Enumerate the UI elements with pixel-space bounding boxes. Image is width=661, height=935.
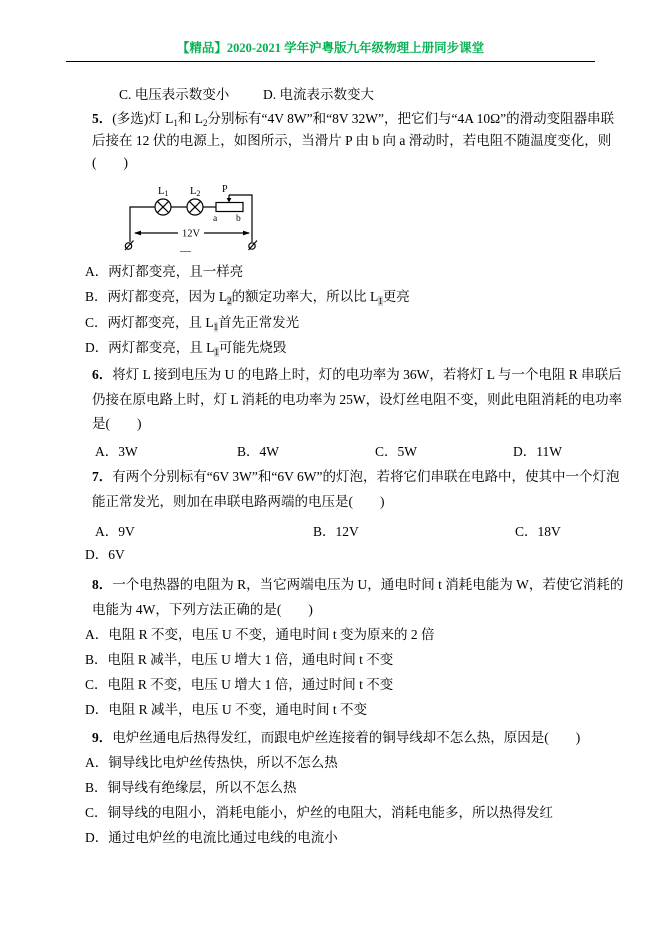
subscript: 1	[214, 347, 219, 357]
slider-p-label: P	[222, 184, 228, 195]
q6-option-b: B．4W	[237, 443, 279, 460]
subscript: 1	[214, 322, 219, 332]
q8-number: 8．	[92, 577, 112, 592]
subscript: 2	[203, 118, 208, 128]
q8-option-d: D．电阻 R 减半，电压 U 不变，通电时间 t 不变	[85, 701, 367, 718]
q6-answer-blank: 是( )	[92, 415, 142, 432]
subscript: 2	[227, 296, 232, 306]
q7-option-a: A．9V	[95, 523, 135, 540]
q8-option-b: B．电阻 R 减半，电压 U 增大 1 倍，通电时间 t 不变	[85, 651, 393, 668]
q9-option-d: D．通过电炉丝的电流比通过电线的电流小	[85, 829, 338, 846]
q9-option-a: A．铜导线比电炉丝传热快，所以不怎么热	[85, 754, 338, 771]
slider-arrow-icon	[227, 198, 232, 203]
subscript: 1	[173, 118, 178, 128]
terminal-icon-left	[125, 241, 134, 251]
q8-option-c: C．电阻 R 不变，电压 U 增大 1 倍，通过时间 t 不变	[85, 676, 393, 693]
q7-number: 7．	[92, 469, 112, 484]
q9-option-c: C．铜导线的电阻小，消耗电能小，炉丝的电阻大，消耗电能多，所以热得发红	[85, 804, 553, 821]
q6-option-d: D．11W	[513, 443, 562, 460]
header-title: 【精品】2020-2021 学年沪粤版九年级物理上册同步课堂	[0, 38, 661, 56]
q6-number: 6．	[92, 367, 112, 382]
header-divider	[66, 61, 595, 62]
document-page: 【精品】2020-2021 学年沪粤版九年级物理上册同步课堂 C. 电压表示数变…	[0, 0, 661, 935]
q6-option-a: A．3W	[95, 443, 138, 460]
q7-stem-line2: 能正常发光，则加在串联电路两端的电压是( )	[92, 493, 385, 510]
wire-left	[130, 207, 155, 242]
q9-stem-line1: 9．电炉丝通电后热得发红，而跟电炉丝连接着的铜导线却不怎么热，原因是( )	[92, 729, 580, 746]
terminal-a-label: a	[213, 214, 218, 224]
q5-stem-line2: 后接在 12 伏的电源上，如图所示，当滑片 P 由 b 向 a 滑动时，若电阻不…	[92, 132, 611, 149]
minus-sign: —	[179, 245, 192, 257]
q5-option-d: D．两灯都变亮，且 L1可能先烧毁	[85, 339, 286, 358]
q5-number: 5．	[92, 111, 112, 126]
terminal-icon-right	[249, 241, 258, 251]
q9-number: 9．	[92, 730, 112, 745]
prev-option-d: D. 电流表示数变大	[263, 86, 374, 103]
q7-option-d: D．6V	[85, 546, 125, 563]
q5-answer-blank: ( )	[92, 154, 128, 171]
q7-stem-line1: 7．有两个分别标有“6V 3W”和“6V 6W”的灯泡，若将它们串联在电路中，使…	[92, 468, 619, 485]
lamp-l2-icon	[187, 199, 203, 215]
lamp-l1-icon	[155, 199, 171, 215]
q6-stem-line1: 6．将灯 L 接到电压为 U 的电路上时，灯的电功率为 36W，若将灯 L 与一…	[92, 366, 622, 383]
lamp-l2-label: L2	[190, 186, 200, 198]
q9-option-b: B．铜导线有绝缘层，所以不怎么热	[85, 779, 297, 796]
voltage-label: 12V	[182, 229, 201, 240]
subscript: 1	[378, 296, 383, 306]
q7-option-b: B．12V	[313, 523, 359, 540]
q5-stem-line1: 5．(多选)灯 L1和 L2分别标有“4V 8W”和“8V 32W”，把它们与“…	[92, 110, 614, 129]
q7-option-c: C．18V	[515, 523, 561, 540]
lamp-l1-label: L1	[158, 186, 168, 198]
q6-stem-line2: 仍接在原电路上时，灯 L 消耗的电功率为 25W，设灯丝电阻不变，则此电阻消耗的…	[92, 391, 622, 408]
q5-option-a: A．两灯都变亮，且一样亮	[85, 263, 243, 280]
q8-stem-line2: 电能为 4W，下列方法正确的是( )	[92, 601, 313, 618]
q8-stem-line1: 8．一个电热器的电阻为 R，当它两端电压为 U，通电时间 t 消耗电能为 W，若…	[92, 576, 623, 593]
q8-option-a: A．电阻 R 不变，电压 U 不变，通电时间 t 变为原来的 2 倍	[85, 626, 435, 643]
q5-stem-text: (多选)灯 L	[112, 111, 173, 126]
q5-circuit-diagram: L1 L2 P a b 12V	[118, 183, 268, 257]
terminal-b-label: b	[236, 214, 241, 224]
q6-option-c: C．5W	[375, 443, 417, 460]
q5-option-b: B．两灯都变亮，因为 L2的额定功率大，所以比 L1更亮	[85, 288, 410, 307]
rheostat-icon	[216, 195, 243, 212]
prev-option-c: C. 电压表示数变小	[119, 86, 229, 103]
q5-option-c: C．两灯都变亮，且 L1首先正常发光	[85, 314, 299, 333]
